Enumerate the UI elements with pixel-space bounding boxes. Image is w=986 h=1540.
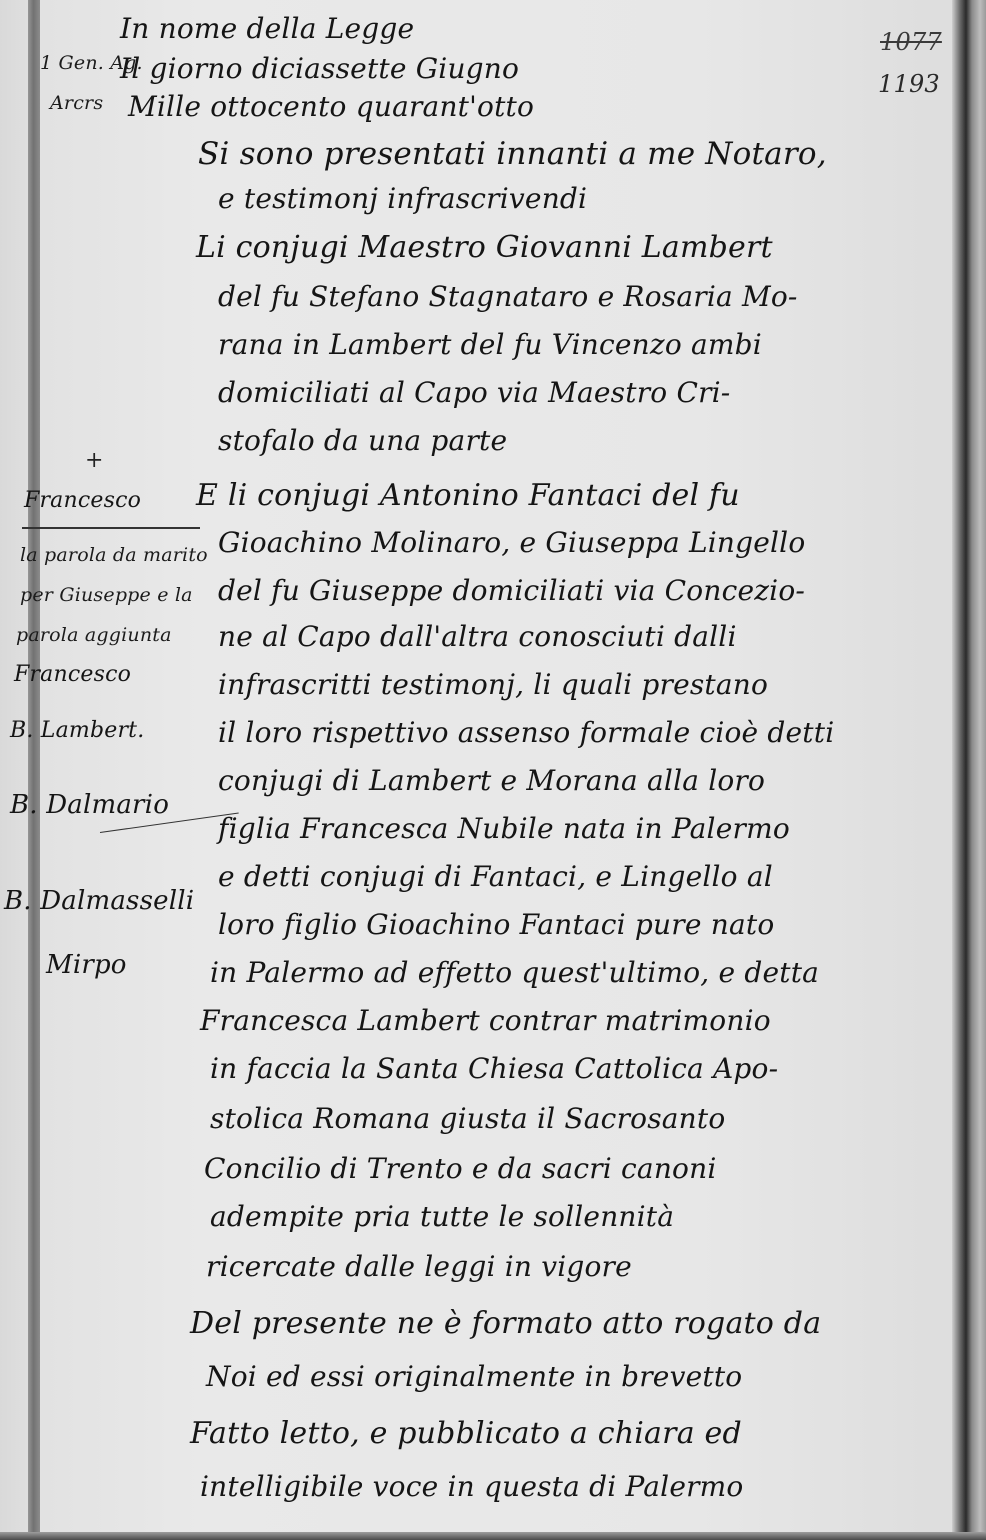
- body-line: figlia Francesca Nubile nata in Palermo: [218, 812, 790, 845]
- body-line: e testimonj infrascrivendi: [218, 182, 587, 215]
- body-line: Si sono presentati innanti a me Notaro,: [198, 136, 827, 172]
- body-line: domiciliati al Capo via Maestro Cri-: [218, 376, 730, 409]
- body-line: intelligibile voce in questa di Palermo: [200, 1470, 744, 1503]
- body-line: stofalo da una parte: [218, 424, 507, 457]
- body-line: Del presente ne è formato atto rogato da: [190, 1306, 821, 1341]
- body-line: del fu Stefano Stagnataro e Rosaria Mo-: [218, 280, 798, 313]
- body-line: E li conjugi Antonino Fantaci del fu: [196, 478, 740, 513]
- body-line: del fu Giuseppe domiciliati via Concezio…: [218, 574, 805, 607]
- folio-number: 1193: [878, 70, 940, 98]
- body-line: ne al Capo dall'altra conosciuti dalli: [218, 620, 737, 653]
- margin-note-line: la parola da marito: [20, 544, 208, 566]
- signature-notary: Mirpo: [46, 950, 127, 980]
- body-line: adempite pria tutte le sollennità: [210, 1200, 674, 1233]
- margin-cross-mark: +: [85, 448, 103, 473]
- signature-dalmasselli: B. Dalmasselli: [4, 886, 194, 916]
- page-bottom-edge: [0, 1532, 986, 1540]
- margin-note-line: per Giuseppe e la: [20, 584, 193, 606]
- signature-lambert: B. Lambert.: [10, 718, 144, 743]
- body-line: il loro rispettivo assenso formale cioè …: [218, 716, 834, 749]
- binding-gutter-shadow: [28, 0, 40, 1540]
- body-line: loro figlio Gioachino Fantaci pure nato: [218, 908, 774, 941]
- body-line: stolica Romana giusta il Sacrosanto: [210, 1102, 725, 1135]
- body-line: Fatto letto, e pubblicato a chiara ed: [190, 1416, 742, 1451]
- body-line: in Palermo ad effetto quest'ultimo, e de…: [210, 956, 819, 989]
- page-right-edge: [952, 0, 986, 1540]
- signature-dalmario: B. Dalmario: [10, 790, 169, 820]
- body-line: e detti conjugi di Fantaci, e Lingello a…: [218, 860, 773, 893]
- margin-note-abbrev: Arcrs: [50, 92, 103, 114]
- margin-name-heading: Francesco: [24, 488, 141, 513]
- body-line: Noi ed essi originalmente in brevetto: [206, 1360, 742, 1393]
- folio-old-number: 1077: [880, 28, 942, 56]
- body-line: conjugi di Lambert e Morana alla loro: [218, 764, 765, 797]
- body-line: ricercate dalle leggi in vigore: [206, 1250, 632, 1283]
- margin-note-line: parola aggiunta: [16, 624, 172, 646]
- body-line-date: Il giorno diciassette Giugno: [120, 52, 519, 85]
- body-line: infrascritti testimonj, li quali prestan…: [218, 668, 768, 701]
- body-line: Francesca Lambert contrar matrimonio: [200, 1004, 771, 1037]
- body-line: in faccia la Santa Chiesa Cattolica Apo-: [210, 1052, 778, 1085]
- body-line-year: Mille ottocento quarant'otto: [128, 90, 534, 123]
- body-line: Gioachino Molinaro, e Giuseppa Lingello: [218, 526, 805, 559]
- margin-note-line: Francesco: [14, 662, 131, 687]
- margin-underline: [22, 527, 200, 529]
- body-line: Concilio di Trento e da sacri canoni: [204, 1152, 717, 1185]
- body-line: rana in Lambert del fu Vincenzo ambi: [218, 328, 762, 361]
- body-line: Li conjugi Maestro Giovanni Lambert: [196, 230, 773, 265]
- body-line-heading: In nome della Legge: [120, 12, 414, 45]
- scanned-page: 1 Gen. Ag. Arcrs 1077 1193 + Francesco l…: [0, 0, 986, 1540]
